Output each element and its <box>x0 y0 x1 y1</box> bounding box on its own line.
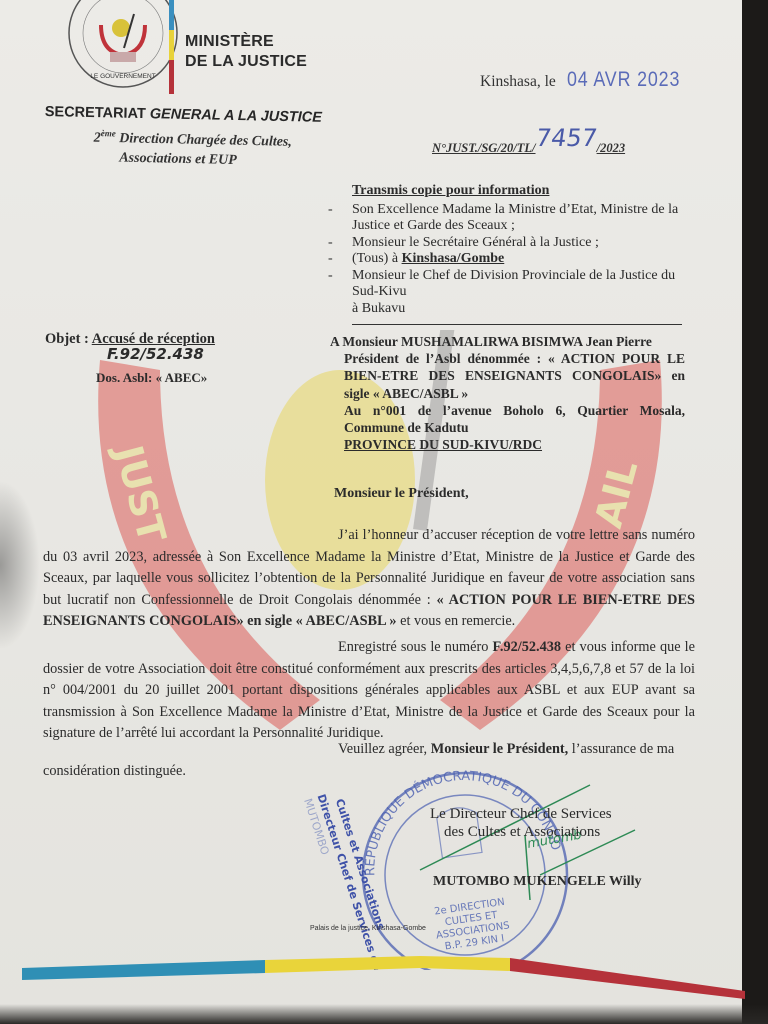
recipient-address: A Monsieur MUSHAMALIRWA BISIMWA Jean Pie… <box>330 333 685 453</box>
copy-list-title: Transmis copie pour information <box>352 183 688 200</box>
reference-number: N°JUST./SG/20/TL/7457/2023 <box>432 130 625 158</box>
svg-text:LE GOUVERNEMENT: LE GOUVERNEMENT <box>90 73 155 80</box>
file-number: F.92/52.438 <box>107 345 204 363</box>
date-stamp: 04 AVR 2023 <box>567 68 680 92</box>
paragraph-1: J’ai l’honneur d’accuser réception de vo… <box>43 525 695 633</box>
dossier-label: Dos. Asbl: « ABEC» <box>96 370 207 386</box>
round-stamp: RÉPUBLIQUE DÉMOCRATIQUE DU CONGO 2e DIRE… <box>349 760 580 970</box>
salutation: Monsieur le Président, <box>334 486 469 502</box>
ministry-line2: DE LA JUSTICE <box>185 52 307 72</box>
direction-heading: 2ème Direction Chargée des Cultes, Assoc… <box>93 124 292 171</box>
ministry-line1: MINISTÈRE <box>185 32 307 52</box>
paragraph-2: Enregistré sous le numéro F.92/52.438 et… <box>43 637 695 745</box>
dateline-place: Kinshasa, le <box>480 73 556 91</box>
government-seal-icon: LE GOUVERNEMENT <box>66 0 184 88</box>
copy-item: (Tous) à Kinshasa/Gombe <box>328 251 688 268</box>
flag-stripe <box>169 0 174 94</box>
copy-item: Monsieur le Chef de Division Provinciale… <box>328 268 688 301</box>
closing-line-2: considération distinguée. <box>43 763 186 780</box>
signatory-name: MUTOMBO MUKENGELE Willy <box>433 874 641 890</box>
copy-item: Son Excellence Madame la Ministre d’Etat… <box>328 202 688 235</box>
handwritten-number: 7457 <box>534 124 599 152</box>
background-surface <box>0 1004 768 1024</box>
closing-line: Veuillez agréer, Monsieur le Président, … <box>338 741 674 758</box>
photo-shadow <box>0 480 40 650</box>
signatory-title: Le Directeur Chef de Services des Cultes… <box>430 805 612 841</box>
copy-item: Monsieur le Secrétaire Général à la Just… <box>328 235 688 252</box>
footer-address: Palais de la justice, Kinshasa-Gombe <box>310 925 426 932</box>
copy-item-location: à Bukavu <box>328 301 688 318</box>
official-stamps: RÉPUBLIQUE DÉMOCRATIQUE DU CONGO 2e DIRE… <box>280 760 700 970</box>
ministry-title: MINISTÈRE DE LA JUSTICE <box>185 32 307 72</box>
tricolor-band <box>20 940 750 1000</box>
divider <box>352 324 682 325</box>
copy-list: Transmis copie pour information Son Exce… <box>328 183 688 317</box>
